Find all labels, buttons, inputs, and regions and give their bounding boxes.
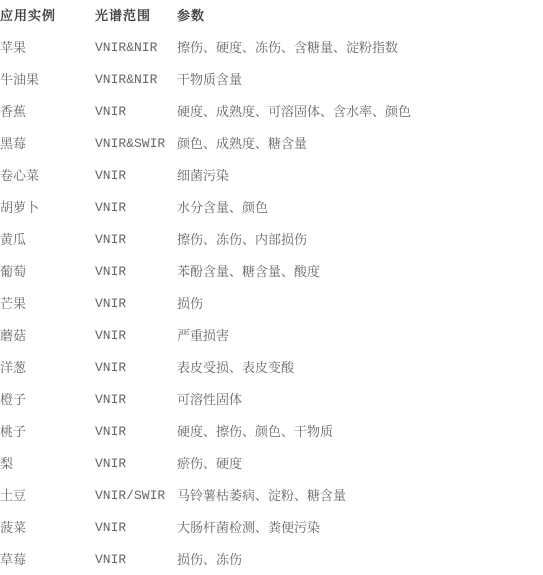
spectral-range-cell: VNIR — [95, 352, 177, 384]
table-row: 卷心菜 VNIR 细菌污染 — [0, 160, 543, 192]
table-row: 桃子 VNIR 硬度、擦伤、颜色、干物质 — [0, 416, 543, 448]
table-body: 苹果 VNIR&NIR 擦伤、硬度、冻伤、含糖量、淀粉指数 牛油果 VNIR&N… — [0, 32, 543, 575]
application-cell: 桃子 — [0, 416, 95, 448]
parameters-cell: 擦伤、冻伤、内部损伤 — [177, 224, 543, 256]
parameters-cell: 硬度、成熟度、可溶固体、含水率、颜色 — [177, 96, 543, 128]
spectral-range-cell: VNIR — [95, 160, 177, 192]
parameters-cell: 瘀伤、硬度 — [177, 448, 543, 480]
parameters-cell: 表皮受损、表皮变酸 — [177, 352, 543, 384]
application-cell: 葡萄 — [0, 256, 95, 288]
parameters-cell: 硬度、擦伤、颜色、干物质 — [177, 416, 543, 448]
application-spectral-table: 应用实例 光谱范围 参数 苹果 VNIR&NIR 擦伤、硬度、冻伤、含糖量、淀粉… — [0, 0, 543, 575]
table-row: 蘑菇 VNIR 严重损害 — [0, 320, 543, 352]
application-cell: 洋葱 — [0, 352, 95, 384]
parameters-cell: 可溶性固体 — [177, 384, 543, 416]
spectral-range-cell: VNIR/SWIR — [95, 480, 177, 512]
application-cell: 胡萝卜 — [0, 192, 95, 224]
table-row: 菠菜 VNIR 大肠杆菌检测、粪便污染 — [0, 512, 543, 544]
parameters-cell: 严重损害 — [177, 320, 543, 352]
table-row: 苹果 VNIR&NIR 擦伤、硬度、冻伤、含糖量、淀粉指数 — [0, 32, 543, 64]
table-row: 草莓 VNIR 损伤、冻伤 — [0, 544, 543, 575]
parameters-cell: 细菌污染 — [177, 160, 543, 192]
application-cell: 黄瓜 — [0, 224, 95, 256]
header-row: 应用实例 光谱范围 参数 — [0, 0, 543, 32]
application-cell: 橙子 — [0, 384, 95, 416]
parameters-cell: 损伤 — [177, 288, 543, 320]
application-cell: 草莓 — [0, 544, 95, 575]
application-cell: 香蕉 — [0, 96, 95, 128]
spectral-range-cell: VNIR — [95, 416, 177, 448]
table-row: 胡萝卜 VNIR 水分含量、颜色 — [0, 192, 543, 224]
spectral-range-cell: VNIR&NIR — [95, 32, 177, 64]
parameters-cell: 苯酚含量、糖含量、酸度 — [177, 256, 543, 288]
application-cell: 卷心菜 — [0, 160, 95, 192]
spectral-range-cell: VNIR — [95, 384, 177, 416]
application-cell: 牛油果 — [0, 64, 95, 96]
table-row: 芒果 VNIR 损伤 — [0, 288, 543, 320]
spectral-range-cell: VNIR — [95, 256, 177, 288]
application-cell: 菠菜 — [0, 512, 95, 544]
application-cell: 梨 — [0, 448, 95, 480]
application-cell: 蘑菇 — [0, 320, 95, 352]
table-row: 香蕉 VNIR 硬度、成熟度、可溶固体、含水率、颜色 — [0, 96, 543, 128]
table-row: 洋葱 VNIR 表皮受损、表皮变酸 — [0, 352, 543, 384]
table-row: 牛油果 VNIR&NIR 干物质含量 — [0, 64, 543, 96]
page: 应用实例 光谱范围 参数 苹果 VNIR&NIR 擦伤、硬度、冻伤、含糖量、淀粉… — [0, 0, 543, 575]
table-header: 应用实例 光谱范围 参数 — [0, 0, 543, 32]
parameters-cell: 大肠杆菌检测、粪便污染 — [177, 512, 543, 544]
spectral-range-cell: VNIR — [95, 224, 177, 256]
application-cell: 芒果 — [0, 288, 95, 320]
parameters-cell: 擦伤、硬度、冻伤、含糖量、淀粉指数 — [177, 32, 543, 64]
table-row: 葡萄 VNIR 苯酚含量、糖含量、酸度 — [0, 256, 543, 288]
table-row: 黑莓 VNIR&SWIR 颜色、成熟度、糖含量 — [0, 128, 543, 160]
spectral-range-cell: VNIR — [95, 320, 177, 352]
column-header-parameters: 参数 — [177, 0, 543, 32]
spectral-range-cell: VNIR — [95, 192, 177, 224]
column-header-application: 应用实例 — [0, 0, 95, 32]
table-row: 橙子 VNIR 可溶性固体 — [0, 384, 543, 416]
parameters-cell: 干物质含量 — [177, 64, 543, 96]
spectral-range-cell: VNIR — [95, 288, 177, 320]
table-row: 黄瓜 VNIR 擦伤、冻伤、内部损伤 — [0, 224, 543, 256]
table-row: 梨 VNIR 瘀伤、硬度 — [0, 448, 543, 480]
application-cell: 苹果 — [0, 32, 95, 64]
spectral-range-cell: VNIR&NIR — [95, 64, 177, 96]
application-cell: 土豆 — [0, 480, 95, 512]
parameters-cell: 损伤、冻伤 — [177, 544, 543, 575]
table-row: 土豆 VNIR/SWIR 马铃薯枯萎病、淀粉、糖含量 — [0, 480, 543, 512]
parameters-cell: 马铃薯枯萎病、淀粉、糖含量 — [177, 480, 543, 512]
spectral-range-cell: VNIR — [95, 96, 177, 128]
parameters-cell: 水分含量、颜色 — [177, 192, 543, 224]
spectral-range-cell: VNIR — [95, 512, 177, 544]
column-header-spectral-range: 光谱范围 — [95, 0, 177, 32]
spectral-range-cell: VNIR — [95, 544, 177, 575]
spectral-range-cell: VNIR&SWIR — [95, 128, 177, 160]
application-cell: 黑莓 — [0, 128, 95, 160]
parameters-cell: 颜色、成熟度、糖含量 — [177, 128, 543, 160]
spectral-range-cell: VNIR — [95, 448, 177, 480]
